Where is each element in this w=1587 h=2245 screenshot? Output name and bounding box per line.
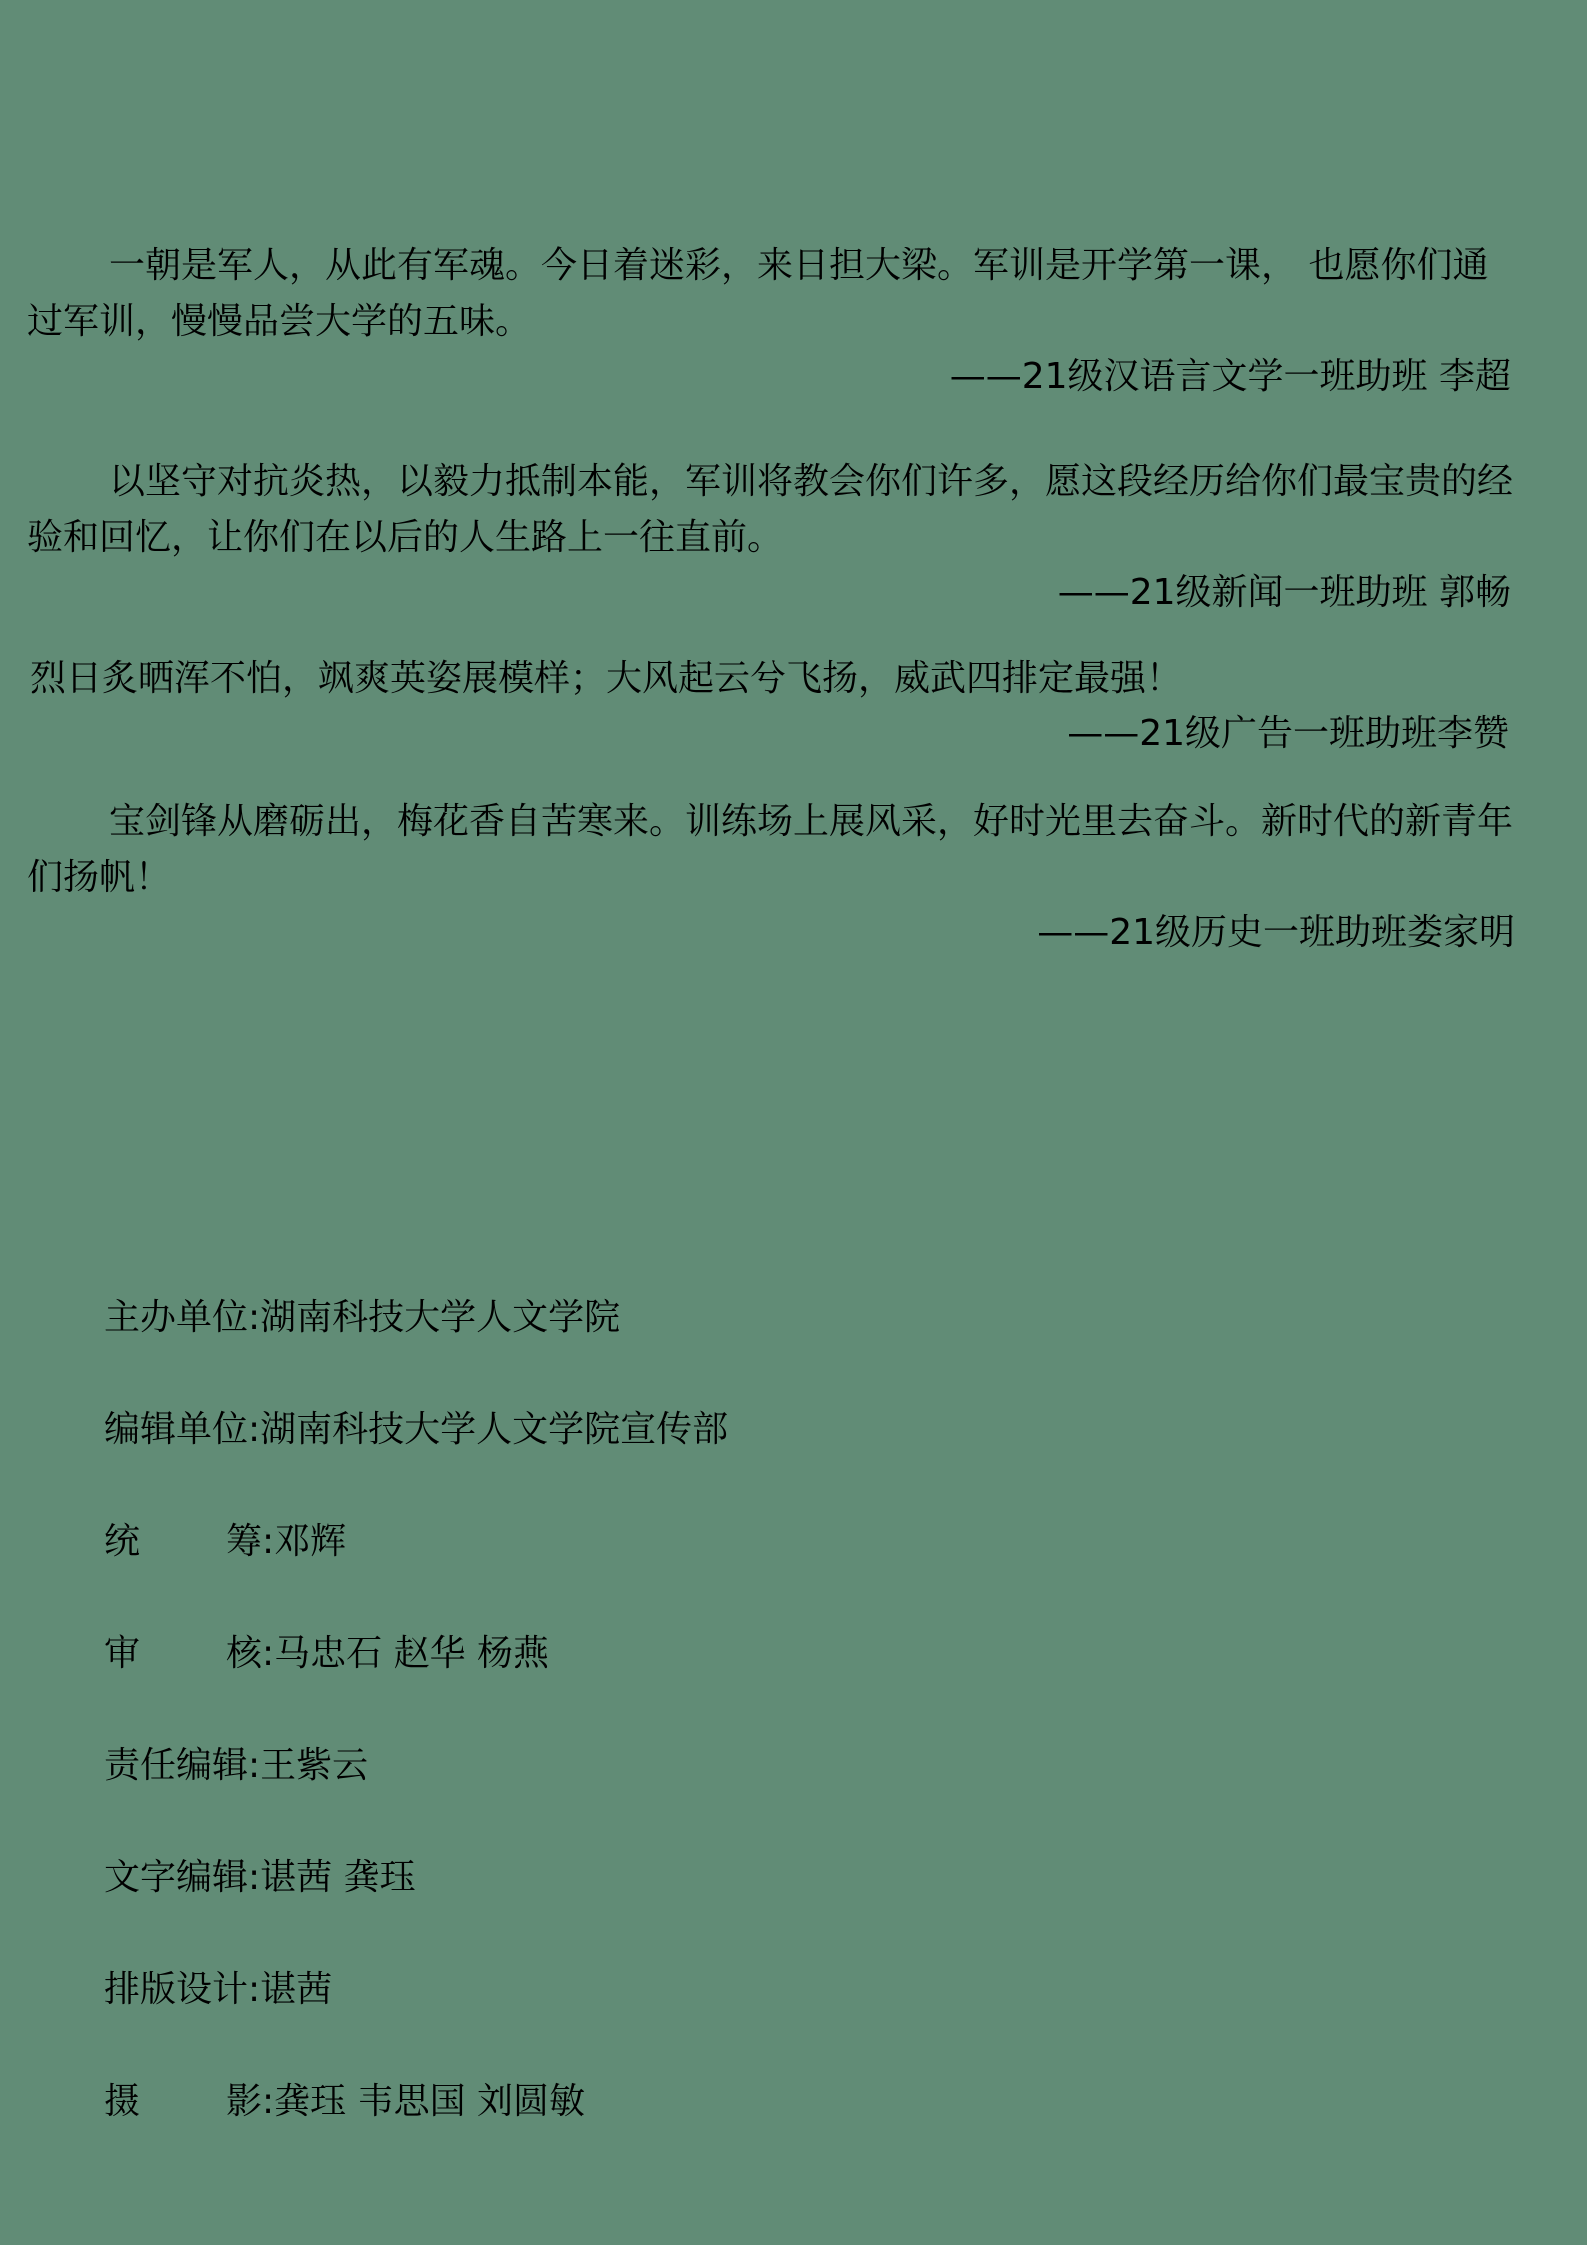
credit-photography: 摄影:龚珏 韦思国 刘圆敏 xyxy=(104,2074,585,2130)
credit-value: 马忠石 赵华 杨燕 xyxy=(274,1633,549,1674)
message-3-signature: ——21级广告一班助班李赞 xyxy=(1067,706,1509,762)
credit-label-first: 统 xyxy=(104,1514,226,1570)
credit-label: 文字编辑 xyxy=(104,1850,248,1906)
credit-label: 编辑单位 xyxy=(104,1402,248,1458)
credit-value: 龚珏 韦思国 刘圆敏 xyxy=(274,2081,585,2122)
credit-label-last: 核 xyxy=(226,1626,262,1682)
credit-value: 谌茜 龚珏 xyxy=(260,1857,415,1898)
message-4-text: 宝剑锋从磨砺出，梅花香自苦寒来。训练场上展风采，好时光里去奋斗。新时代的新青年们… xyxy=(27,794,1517,906)
credit-separator: : xyxy=(248,1969,260,2010)
credit-chief-editor: 责任编辑:王紫云 xyxy=(104,1738,368,1794)
document-page: 一朝是军人，从此有军魂。今日着迷彩，来日担大梁。军训是开学第一课， 也愿你们通过… xyxy=(0,0,1587,2245)
credit-value: 王紫云 xyxy=(260,1745,368,1786)
credit-separator: : xyxy=(262,1633,274,1674)
credit-coordinator: 统筹:邓辉 xyxy=(104,1514,346,1570)
message-2-signature: ——21级新闻一班助班 郭畅 xyxy=(1058,565,1511,621)
message-3-text: 烈日炙晒浑不怕，飒爽英姿展模样；大风起云兮飞扬，威武四排定最强！ xyxy=(30,651,1520,707)
credit-label-last: 筹 xyxy=(226,1514,262,1570)
message-4-signature: ——21级历史一班助班娄家明 xyxy=(1037,905,1515,961)
credit-reviewer: 审核:马忠石 赵华 杨燕 xyxy=(104,1626,549,1682)
credit-editor-unit: 编辑单位:湖南科技大学人文学院宣传部 xyxy=(104,1402,728,1458)
credit-label: 责任编辑 xyxy=(104,1738,248,1794)
credit-label-first: 摄 xyxy=(104,2074,226,2130)
credit-value: 谌茜 xyxy=(260,1969,332,2010)
credit-separator: : xyxy=(248,1409,260,1450)
credit-separator: : xyxy=(248,1745,260,1786)
credit-text-editor: 文字编辑:谌茜 龚珏 xyxy=(104,1850,416,1906)
message-1-text: 一朝是军人，从此有军魂。今日着迷彩，来日担大梁。军训是开学第一课， 也愿你们通过… xyxy=(27,238,1517,350)
credit-organizer: 主办单位:湖南科技大学人文学院 xyxy=(104,1290,620,1346)
message-2-text: 以坚守对抗炎热，以毅力抵制本能，军训将教会你们许多，愿这段经历给你们最宝贵的经验… xyxy=(27,454,1517,566)
credit-separator: : xyxy=(262,2081,274,2122)
credit-label-last: 影 xyxy=(226,2074,262,2130)
credit-value: 湖南科技大学人文学院宣传部 xyxy=(260,1409,728,1450)
credit-separator: : xyxy=(248,1857,260,1898)
credit-layout-design: 排版设计:谌茜 xyxy=(104,1962,332,2018)
credit-label: 排版设计 xyxy=(104,1962,248,2018)
credit-label-first: 审 xyxy=(104,1626,226,1682)
credit-separator: : xyxy=(262,1521,274,1562)
credit-separator: : xyxy=(248,1297,260,1338)
credit-label: 主办单位 xyxy=(104,1290,248,1346)
credit-value: 邓辉 xyxy=(274,1521,346,1562)
credit-value: 湖南科技大学人文学院 xyxy=(260,1297,620,1338)
message-1-signature: ——21级汉语言文学一班助班 李超 xyxy=(950,349,1511,405)
